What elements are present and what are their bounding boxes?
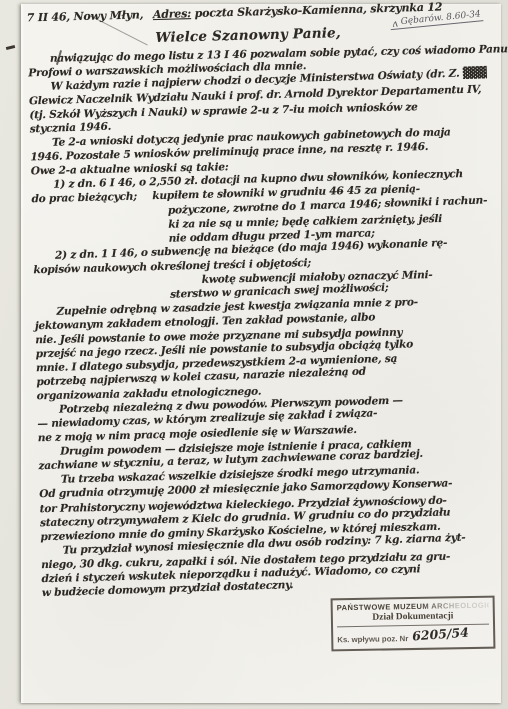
museum-stamp: PAŃSTWOWE MUZEUM ARCHEOLOGICZNE Dział Do… <box>331 596 496 652</box>
manuscript-body: 7 II 46, Nowy Młyn, Adres: poczta Skarży… <box>27 0 505 699</box>
letter-lines: nawiązując do mego listu z 13 I 46 pozwa… <box>28 40 502 600</box>
pen-caret-mark: ʌ <box>392 18 399 29</box>
stamp-register-row: Ks. wpływu poz. Nr 6205/54 <box>337 625 489 649</box>
stamp-register-number: 6205/54 <box>412 625 470 644</box>
stamp-register-label: Ks. wpływu poz. Nr <box>337 634 408 644</box>
scan-background: 7 II 46, Nowy Młyn, Adres: poczta Skarży… <box>0 0 508 709</box>
date-text: 7 II 46, Nowy Młyn, <box>27 8 144 24</box>
address-label: Adres: <box>153 7 191 21</box>
letter-page: 7 II 46, Nowy Młyn, Adres: poczta Skarży… <box>21 4 501 703</box>
scanned-letter-photo: { "document": { "kind": "scanned handwri… <box>0 0 508 709</box>
margin-pen-mark <box>6 45 15 50</box>
